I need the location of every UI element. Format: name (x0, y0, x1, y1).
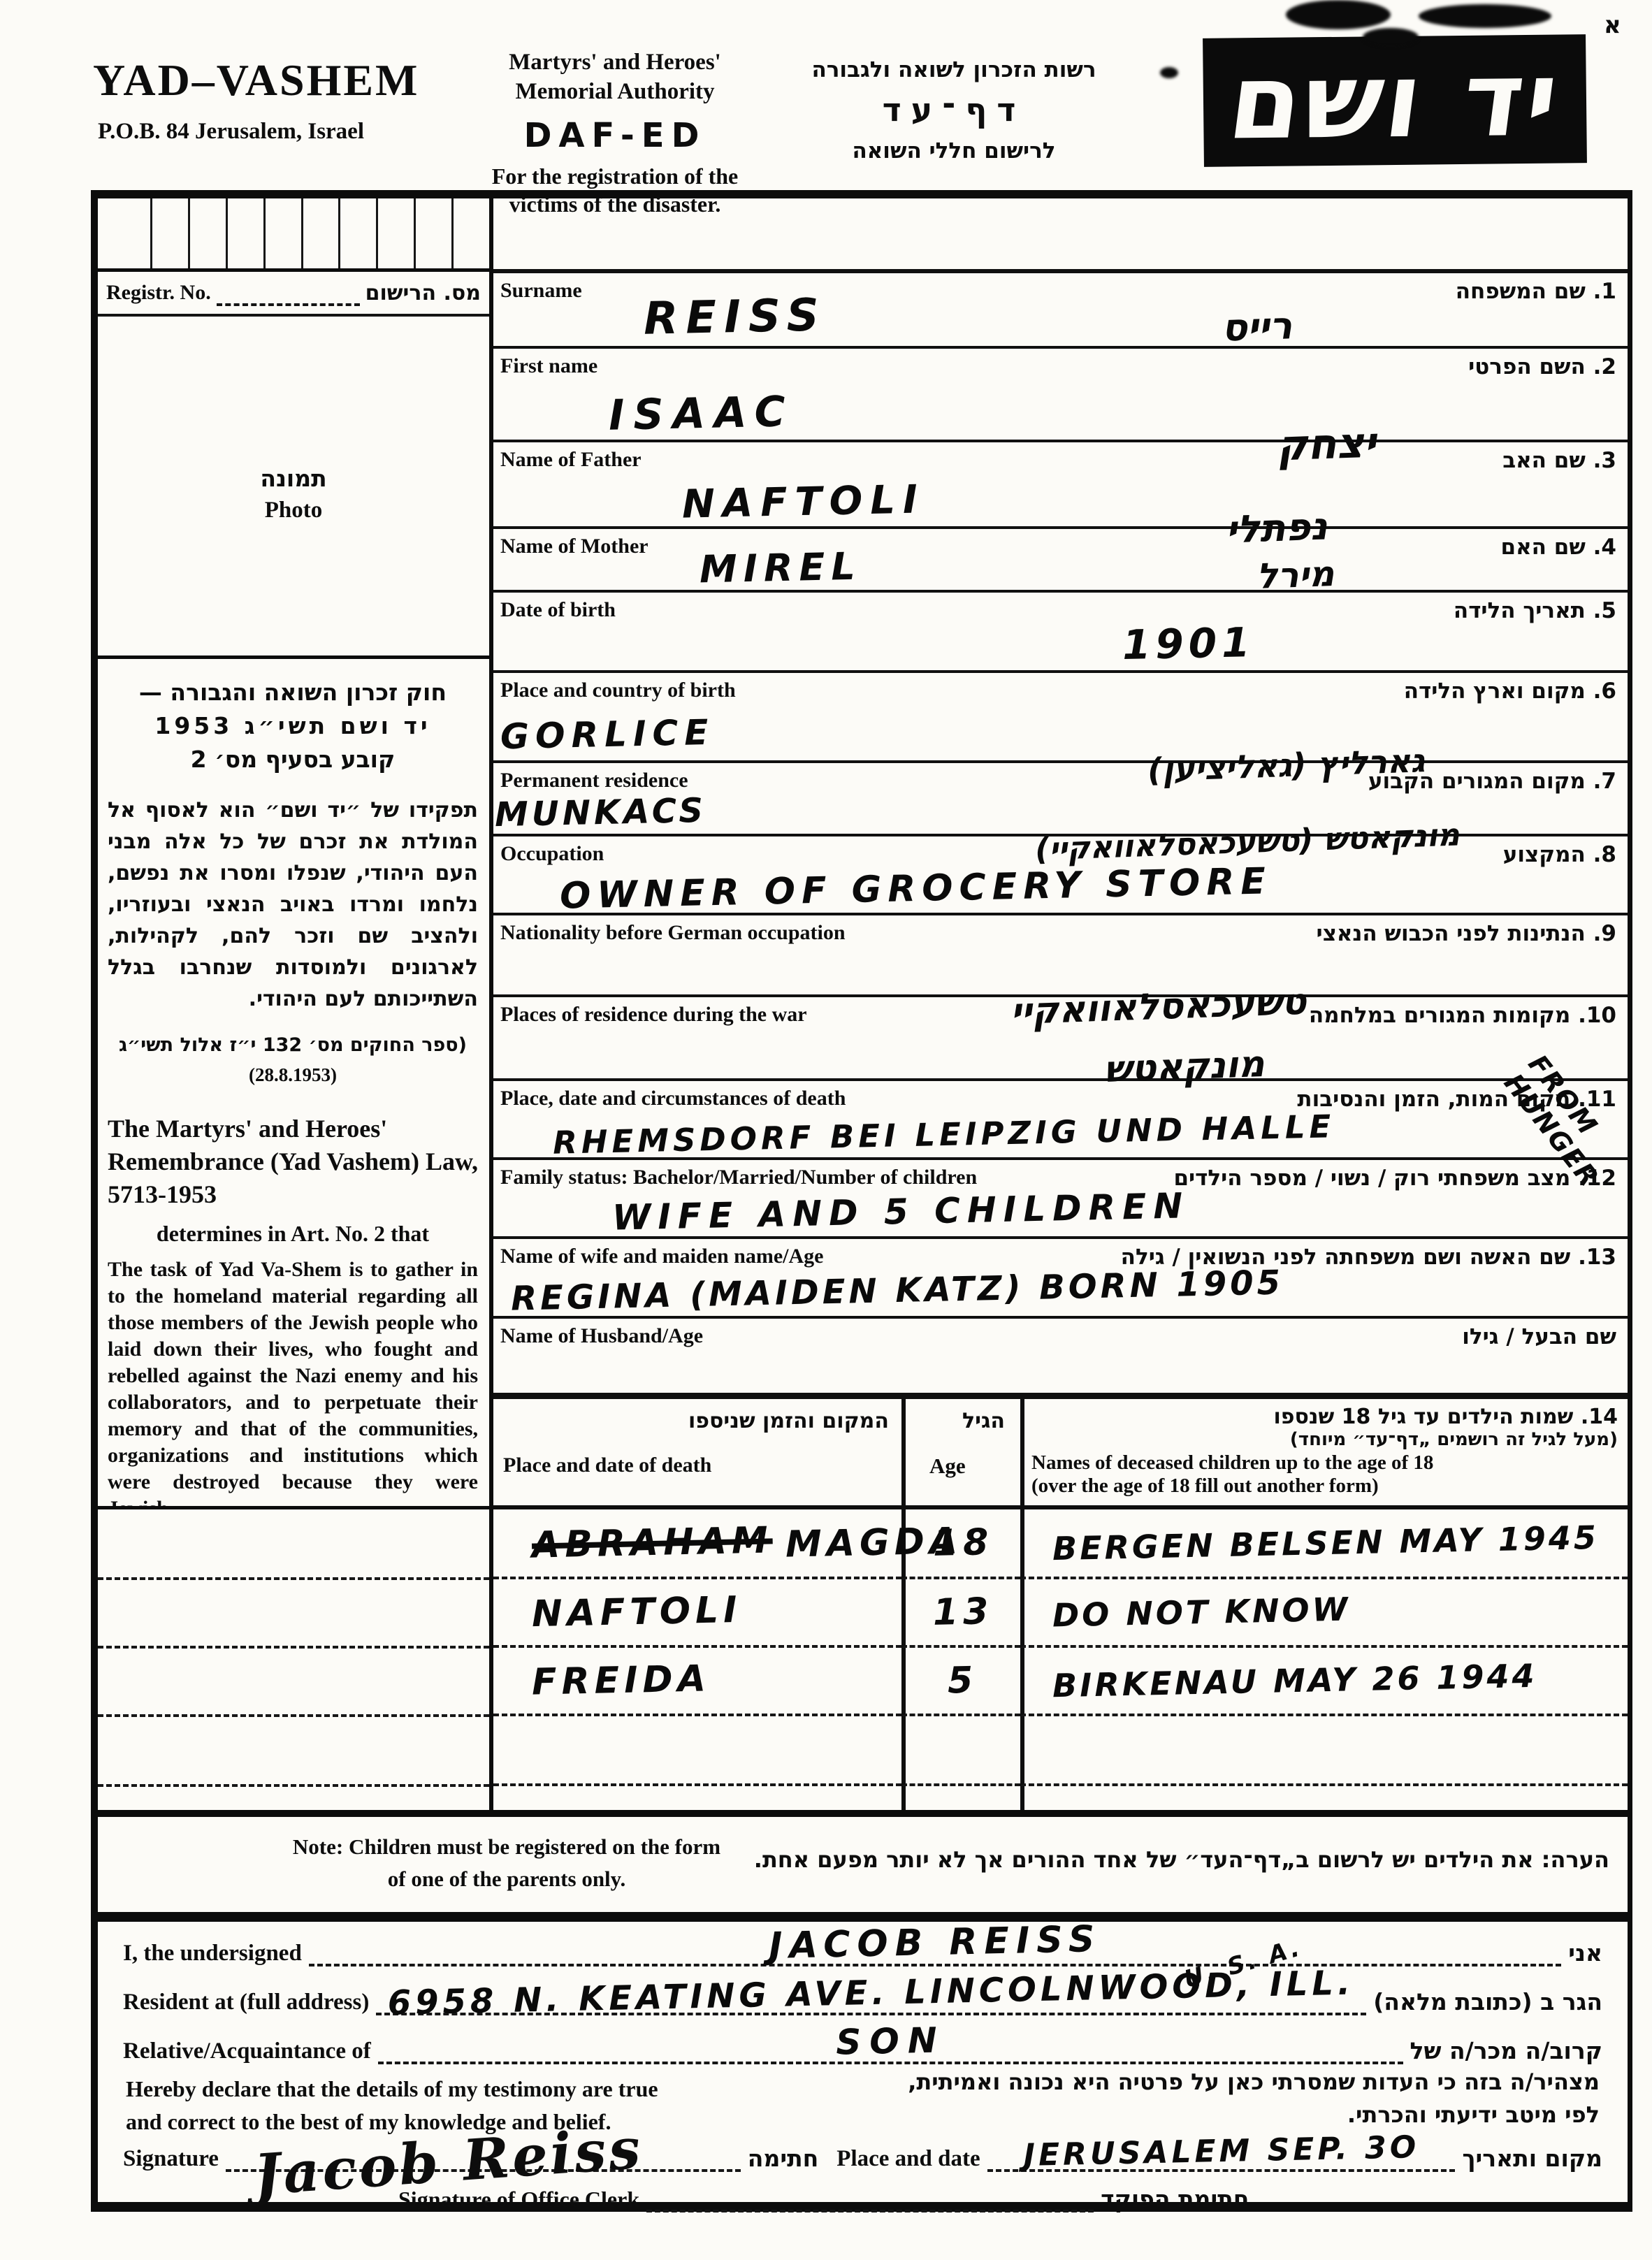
col-place-label-he: המקום והזמן שניספו (688, 1409, 889, 1433)
handwritten-value: MUNKACS (494, 791, 707, 834)
org-address: P.O.B. 84 Jerusalem, Israel (98, 119, 364, 145)
field-death-circumstances: Place, date and circumstances of death 1… (493, 1081, 1628, 1160)
org-title: YAD–VASHEM (93, 55, 419, 106)
child-row-place (1020, 1716, 1628, 1786)
registration-label-he: מס. הרישום (365, 281, 481, 305)
undersigned-row: I, the undersigned JACOB REISS אני (123, 1932, 1602, 1966)
place-date-label-en: Place and date (836, 2146, 980, 2172)
field-occupation: Occupation 8. המקצוע OWNER OF GROCERY ST… (493, 836, 1628, 915)
clerk-label-he: חתימת הפוקד (1101, 2185, 1249, 2212)
child-row-age: 13 (901, 1579, 1020, 1648)
child-row-place: DO NOT KNOW (1020, 1579, 1628, 1648)
field-label-he: 7. מקום המגורים הקבוע (1368, 769, 1616, 794)
child-place: BIRKENAU MAY 26 1944 (1052, 1657, 1538, 1705)
child-row-age: 5 (901, 1648, 1020, 1716)
declaration-section: I, the undersigned JACOB REISS אני Resid… (98, 1922, 1628, 2202)
signature-label-he: חתימה (748, 2145, 818, 2172)
relative-row: Relative/Acquaintance of SON קרוב/ה מכר/… (123, 2029, 1602, 2064)
signature-row: Signature Jacob Reiss חתימה Place and da… (123, 2137, 1602, 2172)
clerk-line (646, 2178, 1094, 2212)
child-row-place: BIRKENAU MAY 26 1944 (1020, 1648, 1628, 1716)
field-label-en: Name of Mother (500, 535, 649, 558)
field-label-en: Permanent residence (500, 769, 688, 792)
child-age: 18 (932, 1521, 994, 1565)
law-body-en: The task of Yad Va-Shem is to gather in … (108, 1256, 478, 1509)
declare-en-line1: Hereby declare that the details of my te… (126, 2073, 658, 2106)
field-war-residences: Places of residence during the war 10. מ… (493, 997, 1628, 1081)
law-ref-he-1: (ספר החוקים מס׳ 132 י״ז אלול תשי״ג (108, 1031, 478, 1059)
yad-vashem-testimony-page: YAD–VASHEM P.O.B. 84 Jerusalem, Israel M… (0, 0, 1652, 2260)
photo-label-en: Photo (98, 495, 489, 526)
field-label-en: Family status: Bachelor/Married/Number o… (500, 1166, 977, 1189)
registration-number-cells (115, 198, 489, 268)
field-label-en: Name of Husband/Age (500, 1324, 703, 1348)
left-dashed-line (98, 1646, 489, 1649)
declare-text-he: מצהיר/ה בזה כי העדות שמסרתי כאן על פרטיה… (908, 2066, 1600, 2131)
child-row-name: NAFTOLI (493, 1579, 901, 1648)
children-table: המקום והזמן שניספו Place and date of dea… (493, 1399, 1628, 1810)
field-label-he: 12. מצב משפחתי רוק / נשוי / מספר הילדים (1173, 1166, 1616, 1191)
law-sidebar: חוק זכרון השואה והגבורה — יד ושם תשי״ג 1… (98, 655, 489, 1509)
handwritten-value: WIFE AND 5 CHILDREN (611, 1185, 1189, 1238)
handwritten-value-he: רייס (1221, 303, 1293, 349)
field-first-name: First name 2. השם הפרטי ISAAC יצחק (493, 349, 1628, 442)
form-code: DAF-ED (433, 116, 797, 155)
ink-smudge (1363, 28, 1419, 46)
field-nationality: Nationality before German occupation 9. … (493, 915, 1628, 997)
child-row-age (901, 1716, 1020, 1786)
law-sub-en: determines in Art. No. 2 that (108, 1221, 478, 1247)
child-age: 5 (948, 1660, 978, 1702)
resident-line: 6958 N. KEATING AVE. LINCOLNWOOD, ILL. U… (376, 1980, 1366, 2015)
law-ref-he-2: (28.8.1953) (108, 1061, 478, 1089)
handwritten-value-he: מירל (1256, 553, 1335, 597)
declare-he-line2: לפי מיטב ידיעתי והכרתי. (908, 2099, 1600, 2131)
left-dashed-line (98, 1784, 489, 1787)
child-age: 13 (932, 1591, 994, 1634)
field-label-he: 4. שם האם (1501, 535, 1616, 560)
declare-he-line1: מצהיר/ה בזה כי העדות שמסרתי כאן על פרטיה… (908, 2066, 1600, 2099)
handwritten-value: OWNER OF GROCERY STORE (559, 860, 1272, 917)
col-age-label-en: Age (929, 1454, 966, 1479)
undersigned-line: JACOB REISS (309, 1932, 1561, 1966)
field-label-en: Name of wife and maiden name/Age (500, 1245, 823, 1268)
field-label-en: Places of residence during the war (500, 1003, 807, 1027)
note-section: Note: Children must be registered on the… (98, 1817, 1628, 1922)
law-title-en: The Martyrs' and Heroes' Remembrance (Ya… (108, 1113, 478, 1211)
field-label-he: 3. שם האב (1502, 448, 1616, 473)
field-date-of-birth: Date of birth 5. תאריך הלידה 1901 (493, 593, 1628, 673)
left-dashed-line (98, 1714, 489, 1717)
handwritten-value: ISAAC (608, 387, 795, 440)
yad-vashem-logo: יד ושם (1203, 34, 1587, 167)
child-place: DO NOT KNOW (1052, 1591, 1350, 1635)
law-title-he-3: קובע בסעיף מס׳ 2 (108, 743, 478, 776)
registration-row: Registr. No. מס. הרישום (98, 272, 489, 317)
field-label-he: 8. המקצוע (1503, 842, 1616, 867)
child-name: FREIDA (531, 1658, 711, 1703)
child-row-place: BERGEN BELSEN MAY 1945 (1020, 1509, 1628, 1579)
field-label-he: 1. שם המשפחה (1456, 279, 1616, 304)
place-date-value: JERUSALEM SEP. 3O (987, 2129, 1456, 2174)
resident-label-en: Resident at (full address) (123, 1990, 369, 2015)
registration-value-line (217, 280, 360, 306)
clerk-label-en: Signature of Office Clerk (398, 2187, 639, 2212)
signature-label-en: Signature (123, 2146, 219, 2172)
ink-smudge (1286, 0, 1391, 29)
header-hebrew: רשות הזכרון לשואה ולגבורה דף־עד לרישום ח… (800, 56, 1108, 165)
resident-label-he: הגר ב (כתובת מלאה) (1373, 1988, 1602, 2015)
handwritten-value: MIREL (699, 544, 862, 592)
undersigned-label-he: אני (1568, 1939, 1602, 1966)
ink-smudge (1160, 67, 1178, 78)
col-place-label-en: Place and date of death (503, 1454, 711, 1477)
field-label-he: 2. השם הפרטי (1468, 354, 1616, 379)
field-label-en: Date of birth (500, 598, 616, 622)
table-filler (493, 1786, 901, 1810)
photo-label-he: תמונה (98, 463, 489, 495)
thick-rule (98, 1810, 1628, 1817)
relative-line: SON (378, 2029, 1403, 2064)
children-header-age: הגיל Age (901, 1399, 1020, 1509)
field-label-he: 9. הנתינות לפני הכבוש הנאצי (1316, 921, 1616, 946)
children-title-en-2: (over the age of 18 fill out another for… (1024, 1475, 1628, 1498)
law-body-he: תפקידו של ״יד ושם״ הוא לאסוף אל המולדת א… (108, 795, 478, 1015)
field-label-en: Name of Father (500, 448, 642, 472)
field-label-he: 10. מקומות המגורים במלחמה (1309, 1003, 1616, 1028)
table-filler (1020, 1786, 1628, 1810)
col-age-label-he: הגיל (962, 1409, 1005, 1433)
child-row-name: FREIDA (493, 1648, 901, 1716)
handwritten-value: NAFTOLI (681, 477, 925, 527)
field-surname: Surname 1. שם המשפחה REISS רייס (493, 269, 1628, 349)
authority-line1: Martyrs' and Heroes' (433, 48, 797, 77)
signature-line: Jacob Reiss (226, 2137, 741, 2172)
child-place: BERGEN BELSEN MAY 1945 (1052, 1519, 1600, 1567)
field-label-en: Place and country of birth (500, 679, 736, 702)
field-label-he: שם הבעל / גילו (1462, 1324, 1616, 1349)
field-label-he: 5. תאריך הלידה (1454, 598, 1616, 623)
authority-hebrew: רשות הזכרון לשואה ולגבורה (800, 56, 1108, 84)
logo-text: יד ושם (1222, 38, 1568, 162)
handwritten-value: RHEMSDORF BEI LEIPZIG UND HALLE (553, 1108, 1335, 1161)
fields-column: Surname 1. שם המשפחה REISS רייס First na… (493, 198, 1628, 1810)
handwritten-value: REGINA (MAIDEN KATZ) BORN 1905 (511, 1263, 1284, 1318)
table-filler (901, 1786, 1020, 1810)
photo-box: תמונה Photo (98, 319, 489, 655)
law-title-he-2: יד ושם תשי״ג 1953 (108, 709, 478, 743)
field-birth-place: Place and country of birth 6. מקום וארץ … (493, 673, 1628, 763)
clerk-row: Signature of Office Clerk חתימת הפוקד (398, 2178, 1334, 2212)
place-date-line: JERUSALEM SEP. 3O (987, 2137, 1456, 2172)
field-label-en: Place, date and circumstances of death (500, 1087, 846, 1110)
field-label-en: Surname (500, 279, 582, 303)
children-title-en-1: Names of deceased children up to the age… (1024, 1450, 1628, 1475)
purpose-line1: For the registration of the (433, 162, 797, 190)
field-permanent-residence: Permanent residence 7. מקום המגורים הקבו… (493, 763, 1628, 836)
field-label-en: Occupation (500, 842, 604, 866)
law-title-he-1: חוק זכרון השואה והגבורה — (108, 676, 478, 709)
undersigned-label-en: I, the undersigned (123, 1941, 302, 1966)
note-he: הערה: את הילדים יש לרשום ב„דף־העד״ של אח… (754, 1846, 1609, 1873)
handwritten-value: REISS (643, 289, 827, 345)
relative-label-he: קרוב/ה מכר/ה של (1410, 2037, 1602, 2064)
form-body: Registr. No. מס. הרישום תמונה Photo חוק … (91, 190, 1632, 2212)
relative-label-en: Relative/Acquaintance of (123, 2038, 371, 2064)
field-label-en: First name (500, 354, 597, 378)
field-label-en: Nationality before German occupation (500, 921, 846, 945)
children-title-he-1: 14. שמות הילדים עד גיל 18 שנספו (1024, 1399, 1628, 1429)
ink-smudge (1419, 4, 1551, 28)
field-family-status: Family status: Bachelor/Married/Number o… (493, 1160, 1628, 1239)
children-header-place: המקום והזמן שניספו Place and date of dea… (493, 1399, 901, 1509)
field-father-name: Name of Father 3. שם האב NAFTOLI נפתלי (493, 442, 1628, 529)
child-name: NAFTOLI (531, 1589, 742, 1635)
corner-mark: א (1604, 11, 1621, 39)
left-dashed-line (98, 1577, 489, 1580)
field-label-he: 6. מקום וארץ הלידה (1404, 679, 1616, 704)
child-row-name (493, 1716, 901, 1786)
field-husband-name: Name of Husband/Age שם הבעל / גילו (493, 1319, 1628, 1399)
place-date-label-he: מקום ותאריך (1462, 2145, 1602, 2172)
crossed-out-name: ABRAHAM (531, 1519, 773, 1566)
handwritten-value: GORLICE (500, 712, 715, 757)
children-header-names: 14. שמות הילדים עד גיל 18 שנספו (מעל לגי… (1020, 1399, 1628, 1509)
field-mother-name: Name of Mother 4. שם האם MIREL מירל (493, 529, 1628, 593)
handwritten-value: 1901 (1122, 618, 1255, 669)
authority-line2: Memorial Authority (433, 77, 797, 106)
child-row-name: ABRAHAM MAGDA (493, 1509, 901, 1579)
field-wife-name: Name of wife and maiden name/Age 13. שם … (493, 1239, 1628, 1319)
purpose-hebrew: לרישום חללי השואה (800, 137, 1108, 165)
registration-label-en: Registr. No. (106, 281, 211, 305)
form-code-hebrew: דף־עד (800, 91, 1108, 129)
children-title-he-2: (מעל לגיל זה רושמים „דף־עד״ מיוחד) (1024, 1429, 1628, 1450)
